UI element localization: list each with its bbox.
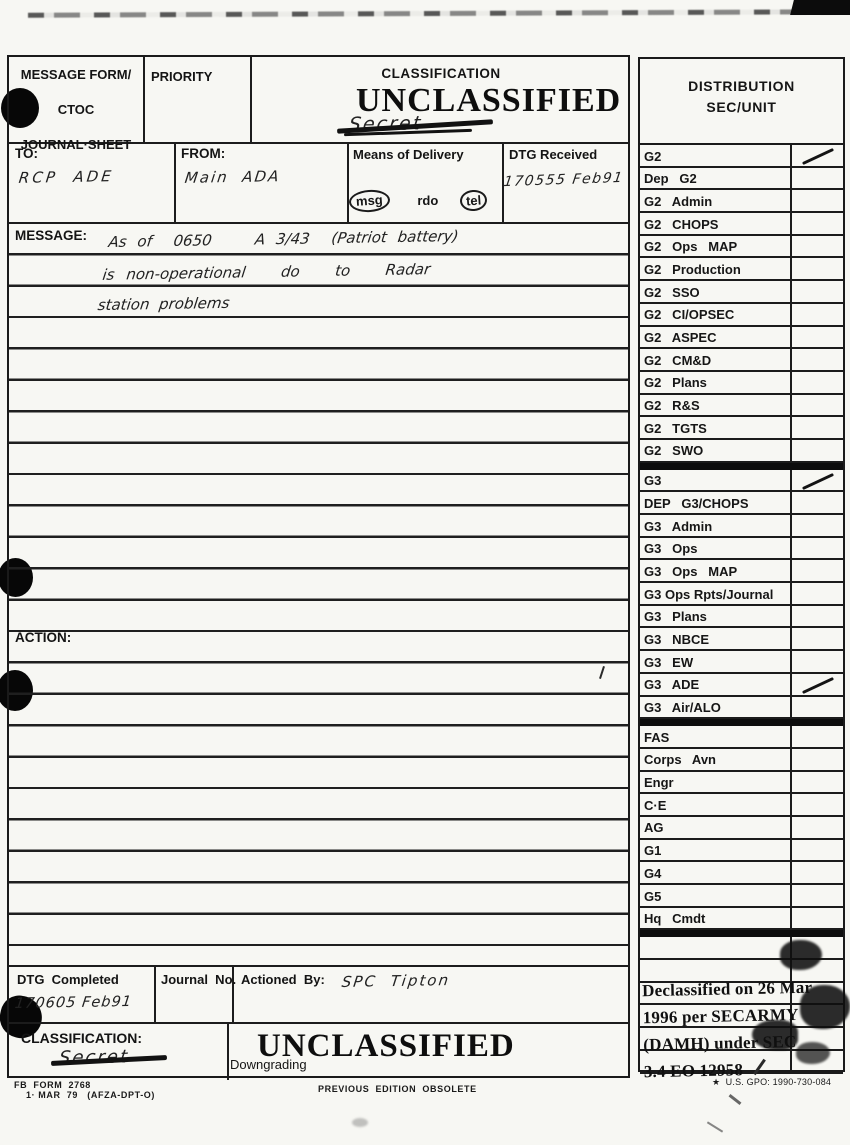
- distribution-row: G3 NBCE: [640, 628, 843, 651]
- distribution-row-label: [640, 937, 789, 958]
- distribution-row-label: G2: [640, 145, 789, 166]
- distribution-row: Hq Cmdt: [640, 908, 843, 931]
- distribution-row-label: G2 CM&D: [640, 349, 789, 370]
- distribution-row-check-cell: [790, 440, 843, 461]
- distribution-row-label: G3 EW: [640, 651, 789, 672]
- distribution-row-label: G2 Admin: [640, 190, 789, 211]
- dtg-received-value: 170555 Feb91: [503, 170, 625, 190]
- scan-smudge-band: [28, 9, 840, 18]
- distribution-row-check-cell: [790, 327, 843, 348]
- stray-pencil-mark: [729, 1094, 742, 1105]
- distribution-row-check-cell: [790, 772, 843, 793]
- to-label: TO:: [15, 146, 38, 161]
- distribution-row-label: C·E: [640, 794, 789, 815]
- distribution-row-label: AG: [640, 817, 789, 838]
- distribution-row-check-cell: [790, 304, 843, 325]
- message-label: MESSAGE:: [15, 228, 87, 243]
- distribution-row: FAS: [640, 726, 843, 749]
- distribution-row: G2 SWO: [640, 440, 843, 463]
- distribution-row-label: G2 CI/OPSEC: [640, 304, 789, 325]
- form-grid-line: [9, 1022, 628, 1024]
- scan-speck: [352, 1118, 368, 1127]
- distribution-row-label: G3 Plans: [640, 606, 789, 627]
- distribution-row: G2 Production: [640, 258, 843, 281]
- distribution-row-label: G5: [640, 885, 789, 906]
- distribution-row-check-cell: [790, 726, 843, 747]
- distribution-row: G2 TGTS: [640, 417, 843, 440]
- distribution-row-check-cell: [790, 583, 843, 604]
- distribution-row: G2 CHOPS: [640, 213, 843, 236]
- distribution-row-check-cell: [790, 470, 843, 491]
- form-grid-line: [143, 57, 145, 142]
- scan-corner-mark: [790, 0, 850, 15]
- distribution-row-check-cell: [790, 560, 843, 581]
- delivery-options: msg rdo tel: [349, 190, 499, 212]
- distribution-row: G3 Ops MAP: [640, 560, 843, 583]
- distribution-row-label: G3 ADE: [640, 674, 789, 695]
- form-grid-line: [9, 965, 628, 967]
- distribution-row-check-cell: [790, 372, 843, 393]
- means-of-delivery-label: Means of Delivery: [353, 147, 464, 162]
- form-title: MESSAGE FORM/ CTOC JOURNAL·SHEET: [9, 66, 143, 154]
- distribution-row: G4: [640, 862, 843, 885]
- priority-label: PRIORITY: [151, 69, 212, 84]
- distribution-row-check-cell: [790, 538, 843, 559]
- distribution-row-label: G1: [640, 840, 789, 861]
- distribution-header: DISTRIBUTION SEC/UNIT: [640, 59, 843, 145]
- distribution-row: G5: [640, 885, 843, 908]
- distribution-row-check-cell: [790, 395, 843, 416]
- distribution-row-check-cell: [790, 168, 843, 189]
- delivery-option-tel-circled: tel: [459, 189, 488, 212]
- delivery-option-msg-circled: msg: [348, 189, 390, 214]
- distribution-row: G3 Ops: [640, 538, 843, 561]
- distribution-row: Engr: [640, 772, 843, 795]
- check-slash-mark: [802, 473, 834, 490]
- form-grid-line: [174, 142, 176, 224]
- distribution-row-label: G2 Ops MAP: [640, 236, 789, 257]
- distribution-row-check-cell: [790, 258, 843, 279]
- stray-pencil-mark: [707, 1121, 723, 1132]
- message-ruled-area: [9, 224, 628, 965]
- classification-label: CLASSIFICATION: [250, 66, 632, 81]
- distribution-row: G2 ASPEC: [640, 327, 843, 350]
- distribution-row-check-cell: [790, 281, 843, 302]
- distribution-row-label: DEP G3/CHOPS: [640, 492, 789, 513]
- distribution-row: G3: [640, 470, 843, 493]
- distribution-row-check-cell: [790, 749, 843, 770]
- distribution-row-check-cell: [790, 674, 843, 695]
- distribution-row-label: Corps Avn: [640, 749, 789, 770]
- distribution-row-label: G2 SWO: [640, 440, 789, 461]
- distribution-table: DISTRIBUTION SEC/UNIT G2Dep G2G2 AdminG2…: [638, 57, 845, 1072]
- previous-edition-note: PREVIOUS EDITION OBSOLETE: [318, 1084, 477, 1094]
- distribution-row: G2 R&S: [640, 395, 843, 418]
- distribution-row-check-cell: [790, 628, 843, 649]
- distribution-row-label: G3 NBCE: [640, 628, 789, 649]
- distribution-row-check-cell: [790, 908, 843, 929]
- from-value: Main ADA: [184, 167, 282, 187]
- delivery-option-rdo: rdo: [417, 193, 438, 208]
- distribution-row: G2 Admin: [640, 190, 843, 213]
- distribution-row-label: G3 Ops: [640, 538, 789, 559]
- distribution-row-check-cell: [790, 417, 843, 438]
- journal-no-label: Journal No.: [161, 972, 236, 987]
- distribution-row-label: G3 Air/ALO: [640, 697, 789, 718]
- distribution-rows: G2Dep G2G2 AdminG2 CHOPSG2 Ops MAPG2 Pro…: [640, 145, 843, 1074]
- distribution-row-check-cell: [790, 697, 843, 718]
- unclassified-stamp-bottom: UNCLASSIFIED: [257, 1028, 515, 1065]
- distribution-row-label: G2 TGTS: [640, 417, 789, 438]
- distribution-row-check-cell: [790, 190, 843, 211]
- distribution-row-label: Hq Cmdt: [640, 908, 789, 929]
- distribution-row-label: FAS: [640, 726, 789, 747]
- distribution-row-check-cell: [790, 145, 843, 166]
- distribution-row-check-cell: [790, 862, 843, 883]
- distribution-row-check-cell: [790, 492, 843, 513]
- distribution-row-label: Dep G2: [640, 168, 789, 189]
- distribution-row-label: G3 Ops Rpts/Journal: [640, 583, 789, 604]
- distribution-section-divider: [640, 719, 843, 726]
- distribution-row: G2 CI/OPSEC: [640, 304, 843, 327]
- distribution-row-check-cell: [790, 349, 843, 370]
- distribution-row-label: Engr: [640, 772, 789, 793]
- distribution-row: G3 Air/ALO: [640, 697, 843, 720]
- to-value: RCP ADE: [18, 167, 115, 187]
- distribution-row: DEP G3/CHOPS: [640, 492, 843, 515]
- distribution-row-check-cell: [790, 236, 843, 257]
- distribution-row-label: G4: [640, 862, 789, 883]
- ink-smudge: [752, 1020, 798, 1050]
- distribution-row: G3 Ops Rpts/Journal: [640, 583, 843, 606]
- distribution-row: G3 Admin: [640, 515, 843, 538]
- distribution-row: G2 SSO: [640, 281, 843, 304]
- distribution-row: G3 ADE: [640, 674, 843, 697]
- distribution-row: G2: [640, 145, 843, 168]
- distribution-row-check-cell: [790, 794, 843, 815]
- distribution-row-label: G3 Admin: [640, 515, 789, 536]
- distribution-row-label: G3 Ops MAP: [640, 560, 789, 581]
- distribution-row-check-cell: [790, 885, 843, 906]
- distribution-section-divider: [640, 930, 843, 937]
- dtg-completed-value: 170605 Feb91: [14, 994, 133, 1012]
- distribution-row-check-cell: [790, 606, 843, 627]
- distribution-row-label: G2 ASPEC: [640, 327, 789, 348]
- distribution-row: G1: [640, 840, 843, 863]
- scanned-message-form-page: MESSAGE FORM/ CTOC JOURNAL·SHEET PRIORIT…: [0, 0, 850, 1145]
- form-date: 1· MAR 79 (AFZA-DPT-O): [26, 1090, 155, 1100]
- distribution-row-check-cell: [790, 651, 843, 672]
- distribution-row: G2 CM&D: [640, 349, 843, 372]
- distribution-section-divider: [640, 463, 843, 470]
- dtg-received-label: DTG Received: [509, 147, 597, 162]
- message-handwritten-line3: station problems: [97, 294, 231, 314]
- distribution-row-label: G2 CHOPS: [640, 213, 789, 234]
- action-label: ACTION:: [15, 630, 71, 645]
- distribution-row-label: G2 R&S: [640, 395, 789, 416]
- distribution-row: G2 Plans: [640, 372, 843, 395]
- distribution-row-label: G2 SSO: [640, 281, 789, 302]
- check-slash-mark: [802, 677, 834, 694]
- distribution-row: G3 Plans: [640, 606, 843, 629]
- dtg-completed-label: DTG Completed: [17, 972, 119, 987]
- distribution-row: AG: [640, 817, 843, 840]
- distribution-row-check-cell: [790, 515, 843, 536]
- distribution-row: G2 Ops MAP: [640, 236, 843, 259]
- form-grid-line: [154, 965, 156, 1022]
- from-label: FROM:: [181, 146, 225, 161]
- distribution-row: Dep G2: [640, 168, 843, 191]
- bottom-classification-label: CLASSIFICATION:: [21, 1030, 142, 1046]
- distribution-row-label: G3: [640, 470, 789, 491]
- actioned-by-label: Actioned By:: [241, 972, 325, 987]
- distribution-row-label: G2 Plans: [640, 372, 789, 393]
- distribution-row: C·E: [640, 794, 843, 817]
- distribution-row-label: G2 Production: [640, 258, 789, 279]
- actioned-by-value: SPC Tipton: [341, 971, 451, 991]
- distribution-row-check-cell: [790, 840, 843, 861]
- distribution-row-check-cell: [790, 817, 843, 838]
- check-slash-mark: [802, 148, 834, 165]
- distribution-row: G3 EW: [640, 651, 843, 674]
- message-form: MESSAGE FORM/ CTOC JOURNAL·SHEET PRIORIT…: [7, 55, 630, 1078]
- distribution-row-check-cell: [790, 213, 843, 234]
- form-number: FB FORM 2768: [14, 1080, 91, 1090]
- distribution-row: Corps Avn: [640, 749, 843, 772]
